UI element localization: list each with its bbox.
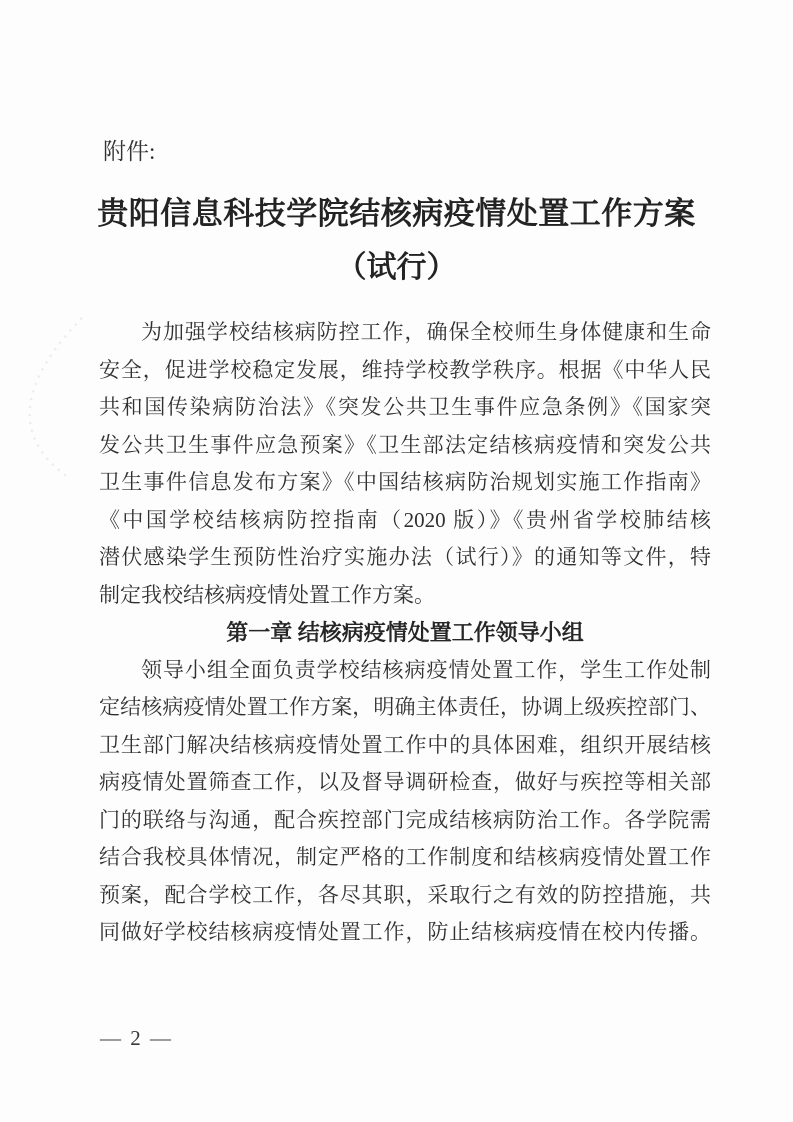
document-title: 贵阳信息科技学院结核病疫情处置工作方案 （试行） [0, 192, 793, 289]
paragraph2-line: 同做好学校结核病疫情处置工作，防止结核病疫情在校内传播。 [99, 914, 711, 952]
attachment-label: 附件: [103, 137, 155, 167]
paragraph1-line: 共和国传染病防治法》《突发公共卫生事件应急条例》《国家突 [99, 389, 711, 427]
document-title-line1: 贵阳信息科技学院结核病疫情处置工作方案 [0, 192, 793, 236]
paragraph2-line: 领导小组全面负责学校结核病疫情处置工作，学生工作处制 [99, 652, 711, 690]
paragraph2-line: 门的联络与沟通，配合疾控部门完成结核病防治工作。各学院需 [99, 802, 711, 840]
document-page: 附件: 贵阳信息科技学院结核病疫情处置工作方案 （试行） 为加强学校结核病防控工… [0, 0, 793, 1122]
paragraph1-line: 发公共卫生事件应急预案》《卫生部法定结核病疫情和突发公共 [99, 427, 711, 465]
paragraph2-line: 结合我校具体情况，制定严格的工作制度和结核病疫情处置工作 [99, 839, 711, 877]
document-title-line2: （试行） [0, 247, 793, 289]
paragraph1-line: 安全，促进学校稳定发展，维持学校教学秩序。根据《中华人民 [99, 352, 711, 390]
paragraph1-line: 卫生事件信息发布方案》《中国结核病防治规划实施工作指南》 [99, 464, 711, 502]
document-body: 为加强学校结核病防控工作，确保全校师生身体健康和生命 安全，促进学校稳定发展，维… [99, 314, 711, 952]
paragraph1-line: 为加强学校结核病防控工作，确保全校师生身体健康和生命 [99, 314, 711, 352]
paragraph1-line: 《中国学校结核病防控指南（2020 版）》《贵州省学校肺结核 [99, 502, 711, 540]
paragraph2-line: 病疫情处置筛查工作，以及督导调研检查，做好与疾控等相关部 [99, 764, 711, 802]
paragraph2-line: 预案，配合学校工作，各尽其职，采取行之有效的防控措施，共 [99, 877, 711, 915]
paragraph2-line: 卫生部门解决结核病疫情处置工作中的具体困难，组织开展结核 [99, 727, 711, 765]
chapter-heading: 第一章 结核病疫情处置工作领导小组 [99, 614, 711, 652]
paragraph1-line: 潜伏感染学生预防性治疗实施办法（试行）》的通知等文件，特 [99, 539, 711, 577]
paragraph2-line: 定结核病疫情处置工作方案，明确主体责任，协调上级疾控部门、 [99, 689, 711, 727]
paragraph1-line: 制定我校结核病疫情处置工作方案。 [99, 577, 711, 615]
page-number: — 2 — [100, 1024, 173, 1052]
scan-artifact [4, 312, 99, 482]
